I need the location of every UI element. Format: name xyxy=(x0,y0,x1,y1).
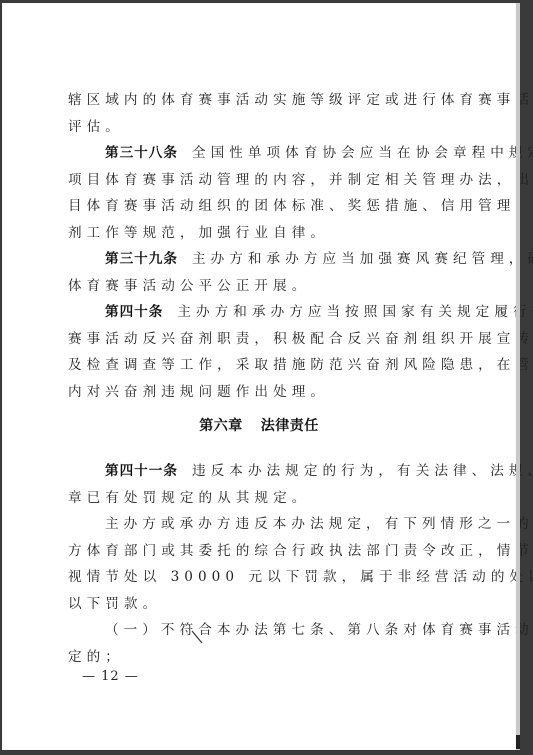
page-number: — 12 — xyxy=(82,669,139,684)
text-line: 评估。 xyxy=(68,114,464,141)
text-line: 赛事活动反兴奋剂职责，积极配合反兴奋剂组织开展宣传教育以 xyxy=(68,326,464,353)
article-first-line: 第三十九条主办方和承办方应当加强赛风赛纪管理，确保 xyxy=(68,246,464,273)
text-line: 内对兴奋剂违规问题作出处理。 xyxy=(68,379,464,406)
chapter-heading: 第六章法律责任 xyxy=(2,415,516,435)
text-line: 辖区域内的体育赛事活动实施等级评定或进行体育赛事活动 xyxy=(68,87,464,114)
article-text: 主办方和承办方应当按照国家有关规定履行体育 xyxy=(177,304,533,320)
article-first-line: 第四十条主办方和承办方应当按照国家有关规定履行体育 xyxy=(68,299,464,326)
chapter-title: 法律责任 xyxy=(261,418,319,434)
text-line: 以下罚款。 xyxy=(68,591,464,618)
article-text: 违反本办法规定的行为，有关法律、法规、规 xyxy=(192,463,533,479)
article-number: 第四十条 xyxy=(105,304,163,320)
article-first-line: 第四十一条违反本办法规定的行为，有关法律、法规、规 xyxy=(68,458,464,485)
pen-stroke-mark xyxy=(191,630,203,644)
article-41: 第四十一条违反本办法规定的行为，有关法律、法规、规 章已有处罚规定的从其规定。 xyxy=(68,458,464,511)
item-1-paragraph: （一）不符合本办法第七条、第八条对体育赛事活动审批规 定的； xyxy=(68,617,464,670)
document-page: 辖区域内的体育赛事活动实施等级评定或进行体育赛事活动 评估。 第三十八条全国性单… xyxy=(2,3,516,750)
text-line: 目体育赛事活动组织的团体标准、奖惩措施、信用管理、反兴奋 xyxy=(68,193,464,220)
article-number: 第三十九条 xyxy=(105,251,178,267)
penalty-paragraph: 主办方或承办方违反本办法规定，有下列情形之一的，由地 方体育部门或其委托的综合行… xyxy=(68,511,464,617)
text-line: 剂工作等规范，加强行业自律。 xyxy=(68,220,464,247)
article-first-line: 第三十八条全国性单项体育协会应当在协会章程中规定本 xyxy=(68,140,464,167)
continuation-paragraph: 辖区域内的体育赛事活动实施等级评定或进行体育赛事活动 评估。 xyxy=(68,87,464,140)
article-number: 第三十八条 xyxy=(105,145,178,161)
document-viewer: 辖区域内的体育赛事活动实施等级评定或进行体育赛事活动 评估。 第三十八条全国性单… xyxy=(0,0,533,755)
text-line: 视情节处以 30000 元以下罚款，属于非经营活动的处以 1000 元 xyxy=(68,564,464,591)
article-40: 第四十条主办方和承办方应当按照国家有关规定履行体育 赛事活动反兴奋剂职责，积极配… xyxy=(68,299,464,405)
chapter-number: 第六章 xyxy=(199,418,243,434)
text-line: 章已有处罚规定的从其规定。 xyxy=(68,485,464,512)
scrollbar-track[interactable] xyxy=(516,3,520,750)
article-number: 第四十一条 xyxy=(105,463,178,479)
article-text: 主办方和承办方应当加强赛风赛纪管理，确保 xyxy=(192,251,533,267)
text-line: 方体育部门或其委托的综合行政执法部门责令改正，情节恶劣的 xyxy=(68,538,464,565)
article-38: 第三十八条全国性单项体育协会应当在协会章程中规定本 项目体育赛事活动管理的内容，… xyxy=(68,140,464,246)
article-text: 全国性单项体育协会应当在协会章程中规定本 xyxy=(192,145,533,161)
text-line: 项目体育赛事活动管理的内容，并制定相关管理办法，出台本项 xyxy=(68,167,464,194)
scrollbar-thumb[interactable] xyxy=(516,735,520,749)
article-39: 第三十九条主办方和承办方应当加强赛风赛纪管理，确保 体育赛事活动公平公正开展。 xyxy=(68,246,464,299)
text-line: 及检查调查等工作，采取措施防范兴奋剂风险隐患，在管理权限 xyxy=(68,352,464,379)
text-line: 体育赛事活动公平公正开展。 xyxy=(68,273,464,300)
text-line: 定的； xyxy=(68,644,464,671)
text-line: 主办方或承办方违反本办法规定，有下列情形之一的，由地 xyxy=(68,511,464,538)
text-line: （一）不符合本办法第七条、第八条对体育赛事活动审批规 xyxy=(68,617,464,644)
